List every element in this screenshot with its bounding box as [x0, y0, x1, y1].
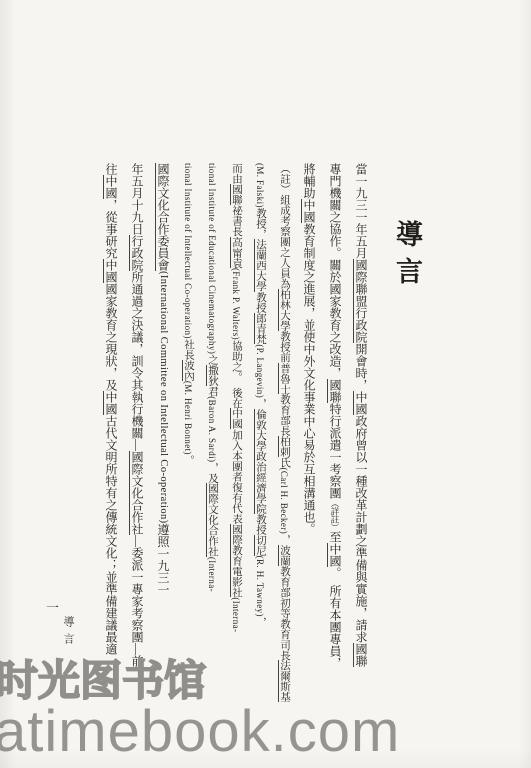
latin-text: (Interna- [231, 597, 241, 632]
text-run: 。 所有本團專員， [328, 567, 342, 669]
proper-noun: 中國 [103, 175, 118, 199]
proper-noun: 國際文化合作社 [129, 451, 144, 535]
text-run: ， [279, 534, 290, 545]
latin-text: (R. H. Tawney) [255, 556, 265, 617]
proper-noun: 國際文化合作社 [206, 483, 218, 557]
latin-text: (M. Henri Bonnet) [183, 381, 193, 455]
proper-noun: 普魯士 [278, 363, 290, 395]
text-column: 而由國聯祕書長高甯袁(Frank P. Walters)協助之。 後在中國加入本… [224, 163, 248, 709]
text-run: 社長 [183, 339, 194, 360]
proper-noun: 法蘭西大學 [254, 239, 266, 292]
text-run: 祕書長 [231, 205, 242, 237]
text-run: 教育部長 [279, 394, 290, 436]
text-column: 專門機關之協作。關於國家教育之改造，國聯特行派遣一考察團（詳註）至中國。 所有本… [322, 163, 348, 709]
proper-noun: 國聯 [353, 643, 368, 667]
text-run: 將輔助 [302, 163, 316, 199]
text-run: ，及 [207, 462, 218, 483]
text-column: tional Institute of Intellectual Co-oper… [176, 163, 200, 709]
text-run: ，從事研究 [104, 199, 118, 259]
proper-noun: 撒狄 [206, 365, 218, 386]
text-run: 國家教育之現狀，及 [104, 283, 118, 391]
text-column: (M. Falski)教授，法蘭西大學教授郎青梵(P. Langevin)，倫敦… [248, 163, 272, 709]
proper-noun: 行政院 [129, 235, 144, 271]
latin-text: (Carl H. Becker) [279, 468, 289, 535]
proper-noun: 切尼 [254, 535, 266, 556]
proper-noun: 波蘭 [278, 545, 290, 566]
latin-text: (M. Falski) [255, 163, 265, 208]
proper-noun: 高甯袁 [230, 237, 242, 269]
proper-noun: 中國 [103, 391, 118, 415]
text-run: （詳註） [330, 499, 340, 531]
text-run: 開會時， [354, 343, 368, 391]
text-run: ， [255, 617, 266, 628]
proper-noun: 國際文化合作委員會 [155, 163, 170, 271]
page-title: 導言 [388, 220, 427, 340]
text-column: 當一九三一年五月國際聯盟行政院開會時，中國政府曾以一種改革計劃之準備與實施，請求… [348, 163, 374, 709]
proper-noun: 中國 [103, 259, 118, 283]
text-run: 。 [183, 455, 194, 466]
proper-noun: 倫敦大學政治經濟學院 [254, 409, 266, 514]
text-run: 教育部初等教育司長 [279, 566, 290, 661]
page-number: 一 [46, 597, 59, 616]
latin-text: (P. Langevin) [255, 344, 265, 398]
text-run: 遵照一九三一 [156, 524, 170, 596]
text-run: 當一九三一年五月 [354, 163, 368, 259]
text-run: 加入本團者復有代表 [231, 429, 242, 524]
text-run: ， [255, 398, 266, 409]
text-column: 往中國，從事研究中國國家教育之現狀，及中國古代文明所特有之傳統文化；並準備建議最… [98, 163, 124, 709]
proper-noun: 中國 [327, 543, 342, 567]
text-column: 國際文化合作委員會(International Committee on Int… [150, 163, 176, 709]
text-column: （註）組成考察團之人員為柏林大學教授前普魯士教育部長柏剌氏(Carl H. Be… [272, 163, 296, 709]
proper-noun: 國聯 [327, 379, 342, 403]
proper-noun: 中國 [301, 199, 316, 223]
text-column: 年五月十九日行政院所通過之決議，訓令其執行機關—國際文化合作社—委派一專家考察團… [124, 163, 150, 709]
scanned-page: 導言 當一九三一年五月國際聯盟行政院開會時，中國政府曾以一種改革計劃之準備與實施… [0, 0, 531, 768]
proper-noun: 波內 [182, 360, 194, 381]
text-column: tional Institute of Educational Cinemato… [200, 163, 224, 709]
text-run: 專門機關之協作。關於國家教育之改造， [328, 163, 342, 379]
proper-noun: 柏林大學 [278, 289, 290, 331]
latin-text: (Baron A. Sardi) [207, 396, 217, 462]
text-run: 而由 [231, 163, 242, 184]
text-run: 之 [207, 354, 218, 365]
text-run: 至 [328, 531, 342, 543]
proper-noun: 國際教育電影社 [230, 524, 242, 598]
text-run: （註）組成考察團之人員為 [279, 163, 290, 289]
text-run: 古代文明所特有之傳統文化；並準備建議最適 [104, 415, 118, 655]
text-run: 教育制度之進展，並使中外文化事業中心易於互相溝通也。 [302, 223, 316, 535]
latin-text: tional Institute of Educational Cinemato… [207, 163, 217, 354]
proper-noun: 中國 [353, 391, 368, 415]
proper-noun: 中國 [230, 408, 242, 429]
text-run: 教授， [255, 208, 266, 240]
text-run: 君 [207, 386, 218, 397]
text-run: 教授 [255, 514, 266, 535]
text-run: 教授前 [279, 331, 290, 363]
proper-noun: 法爾斯基 [278, 660, 290, 702]
watermark-site-url: atimebook.com [0, 698, 400, 765]
text-run: 氏 [279, 457, 290, 468]
text-block: 當一九三一年五月國際聯盟行政院開會時，中國政府曾以一種改革計劃之準備與實施，請求… [98, 163, 374, 709]
text-column: 將輔助中國教育制度之進展，並使中外文化事業中心易於互相溝通也。 [296, 163, 322, 709]
latin-text: (Frank P. Walters) [231, 268, 241, 340]
text-run: 協助之。 後在 [231, 340, 242, 408]
text-run: 往 [104, 163, 118, 175]
proper-noun: 國聯 [230, 184, 242, 205]
proper-noun: 郎青梵 [254, 313, 266, 345]
text-run: 特行派遣一考察團 [328, 403, 342, 499]
proper-noun: 國際聯盟行政院 [353, 259, 368, 343]
text-run: 教授 [255, 292, 266, 313]
latin-text: (Interna- [207, 557, 217, 592]
text-run: 所通過之決議，訓令其執行機關— [130, 271, 144, 451]
latin-text: (International Committee on Intellectual… [158, 271, 169, 524]
text-run: 政府曾以一種改革計劃之準備與實施，請求 [354, 415, 368, 643]
text-run: 年五月十九日 [130, 163, 144, 235]
proper-noun: 柏剌 [278, 436, 290, 457]
latin-text: tional Institute of Intellectual Co-oper… [183, 163, 193, 339]
